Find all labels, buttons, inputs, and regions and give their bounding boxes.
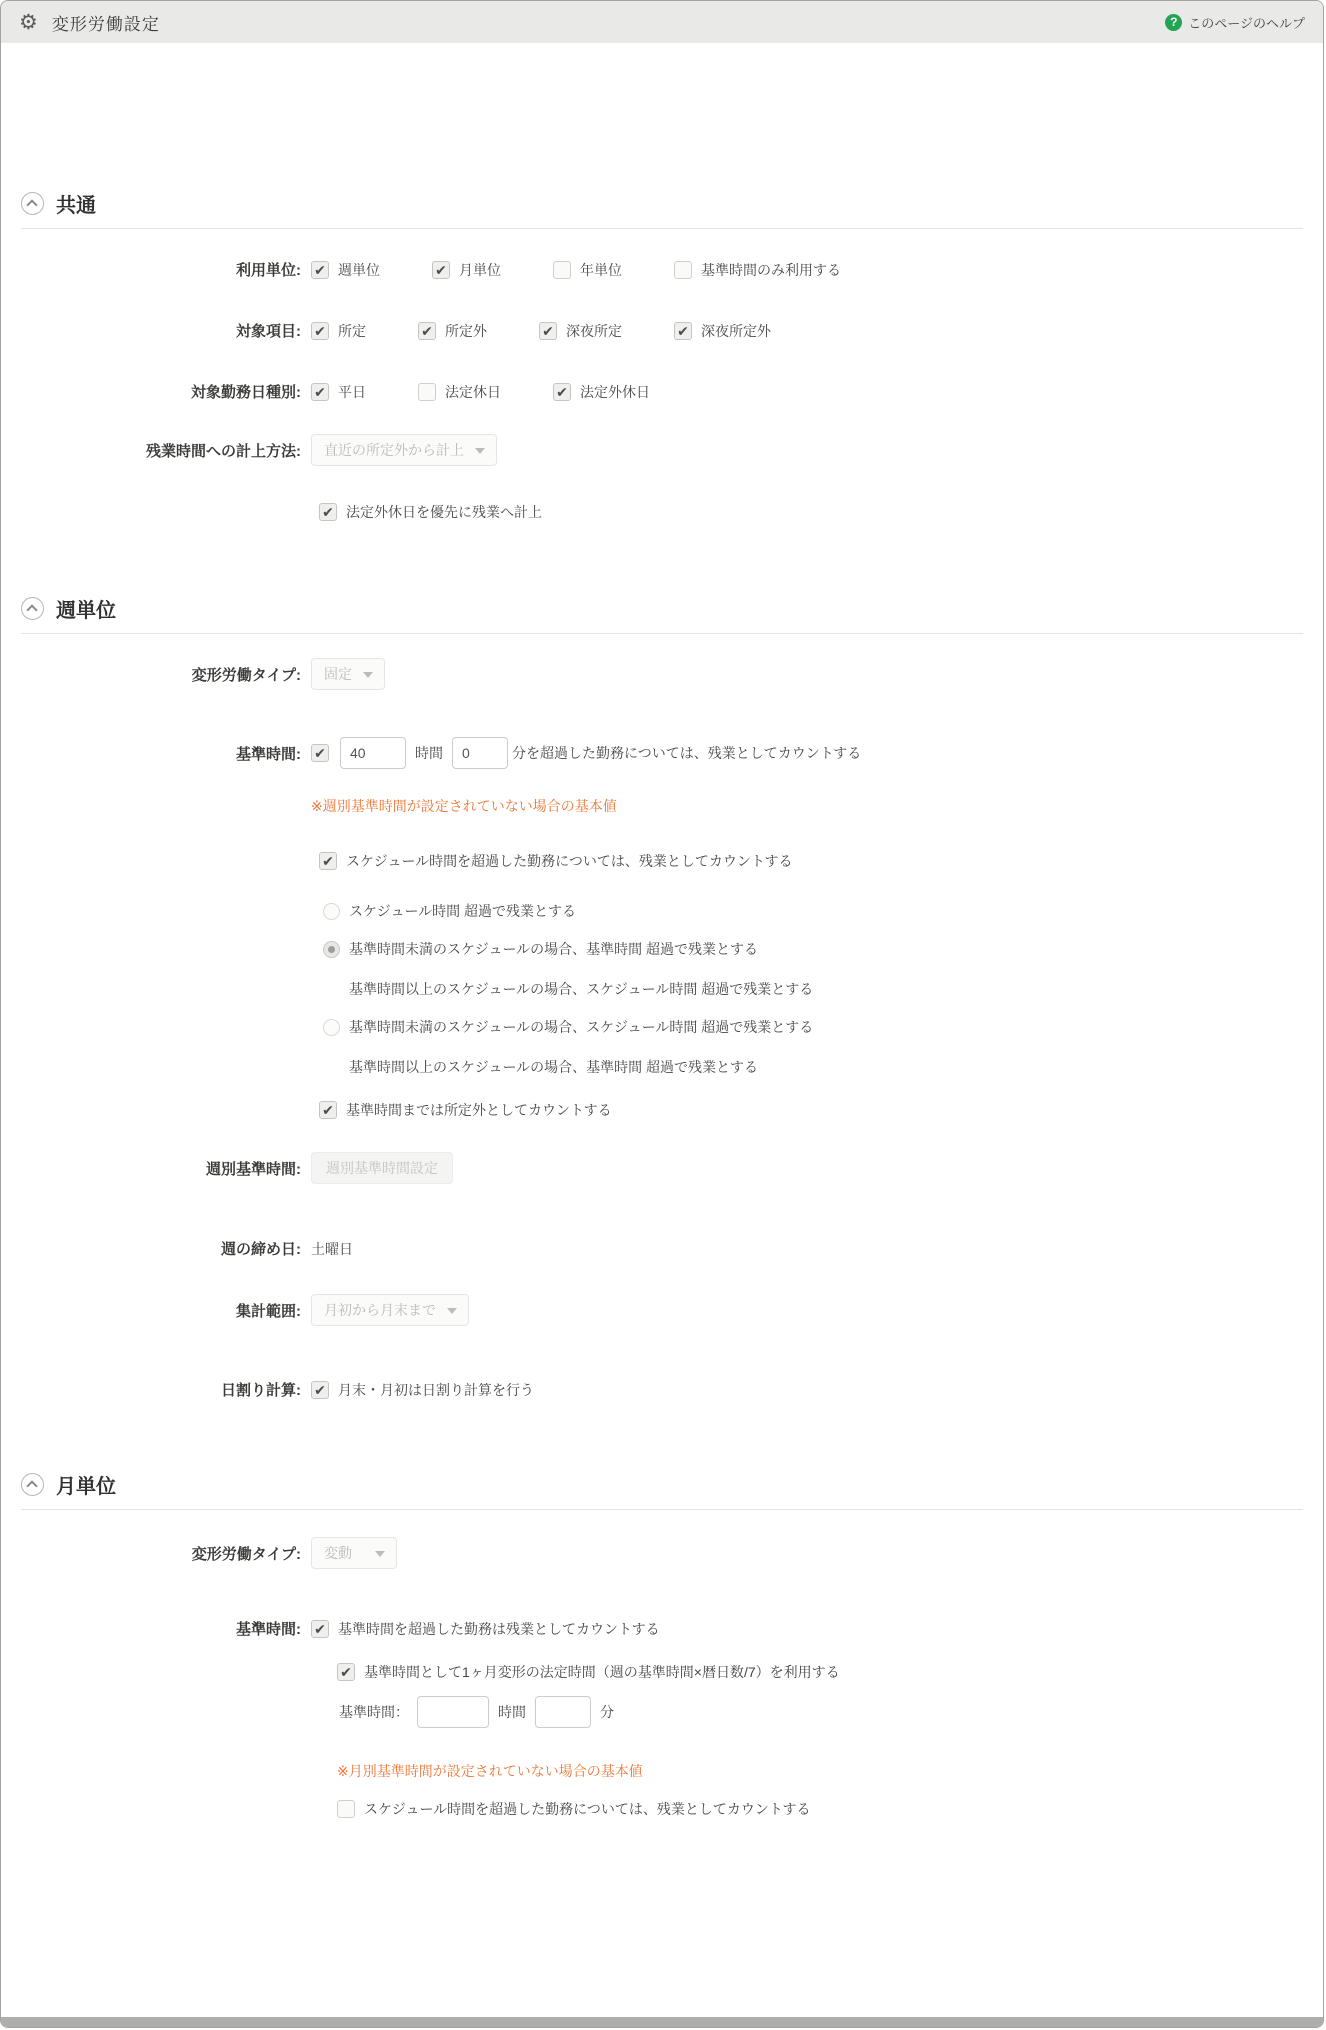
row-weekly-base-setting: 週別基準時間: 週別基準時間設定 — [1, 1152, 1323, 1184]
section-header-common: 共通 — [21, 189, 1303, 229]
monthly-type-select[interactable]: 変動 — [311, 1537, 397, 1569]
minutes-suffix-text: 分を超過した勤務については、残業としてカウントする — [512, 743, 861, 763]
checkbox-label: 法定外休日を優先に残業へ計上 — [346, 502, 542, 522]
checkbox-week-unit[interactable] — [311, 261, 329, 279]
checkbox-weekday[interactable] — [311, 383, 329, 401]
weekly-base-hours-input[interactable] — [340, 737, 406, 769]
checkbox-option[interactable]: 基準時間を超過した勤務は残業としてカウントする — [311, 1619, 660, 1639]
row-monthly-legal-time: 基準時間として1ヶ月変形の法定時間（週の基準時間×暦日数/7）を利用する — [1, 1662, 1323, 1682]
radio-sub-text: 基準時間以上のスケジュールの場合、スケジュール時間 超過で残業とする — [349, 979, 813, 999]
checkbox-label: 法定休日 — [445, 382, 501, 402]
checkbox-label: 基準時間のみ利用する — [701, 260, 841, 280]
radio-option[interactable]: スケジュール時間 超過で残業とする — [323, 901, 576, 921]
row-holiday-priority: 法定外休日を優先に残業へ計上 — [1, 502, 1323, 522]
row-weekly-schedule-over: スケジュール時間を超過した勤務については、残業としてカウントする — [1, 851, 1323, 871]
aggregation-range-select[interactable]: 月初から月末まで — [311, 1294, 469, 1326]
monthly-base-sub-label: 基準時間： — [339, 1702, 409, 1722]
checkbox-option[interactable]: スケジュール時間を超過した勤務については、残業としてカウントする — [319, 851, 792, 871]
row-monthly-base-inputs: 基準時間： 時間 分 — [1, 1696, 1323, 1728]
checkbox-legal-holiday[interactable] — [418, 383, 436, 401]
row-overtime-method: 残業時間への計上方法: 直近の所定外から計上 — [1, 434, 1323, 466]
weekly-base-setting-label: 週別基準時間: — [1, 1158, 301, 1179]
checkbox-option[interactable]: 基準時間として1ヶ月変形の法定時間（週の基準時間×暦日数/7）を利用する — [337, 1662, 840, 1682]
monthly-base-note: ※月別基準時間が設定されていない場合の基本値 — [337, 1761, 643, 1781]
section-header-monthly: 月単位 — [21, 1470, 1303, 1510]
checkbox-option[interactable]: 深夜所定外 — [674, 321, 771, 341]
checkbox-option[interactable]: 月単位 — [432, 260, 501, 280]
checkbox-option[interactable]: 所定 — [311, 321, 366, 341]
checkbox-label: 所定外 — [445, 321, 487, 341]
page-help-link[interactable]: ? このページのヘルプ — [1165, 13, 1305, 32]
row-monthly-note: ※月別基準時間が設定されていない場合の基本値 — [1, 1761, 1323, 1781]
horizontal-scrollbar[interactable] — [1, 2017, 1323, 2027]
hours-unit-text: 時間 — [498, 1702, 526, 1722]
checkbox-label: 平日 — [338, 382, 366, 402]
row-workday-type: 対象勤務日種別: 平日 法定休日 法定外休日 — [1, 381, 1323, 402]
weekly-base-note: ※週別基準時間が設定されていない場合の基本値 — [311, 796, 617, 816]
checkbox-option[interactable]: 法定外休日を優先に残業へ計上 — [319, 502, 542, 522]
checkbox-holiday-priority[interactable] — [319, 503, 337, 521]
monthly-base-hours-input[interactable] — [417, 1696, 489, 1728]
checkbox-scheduled[interactable] — [311, 322, 329, 340]
aggregation-range-label: 集計範囲: — [1, 1300, 301, 1321]
weekly-type-label: 変形労働タイプ: — [1, 664, 301, 685]
collapse-chevron-icon[interactable] — [21, 192, 44, 215]
checkbox-option[interactable]: 年単位 — [553, 260, 622, 280]
row-weekly-note: ※週別基準時間が設定されていない場合の基本値 — [1, 796, 1323, 816]
checkbox-option[interactable]: 法定休日 — [418, 382, 501, 402]
week-closing-label: 週の締め日: — [1, 1238, 301, 1259]
checkbox-night-non-scheduled[interactable] — [674, 322, 692, 340]
checkbox-option[interactable]: 深夜所定 — [539, 321, 622, 341]
week-closing-value: 土曜日 — [311, 1239, 353, 1259]
settings-page: ⚙ 変形労働設定 ? このページのヘルプ 共通 利用単位: 週単位 月単位 年単… — [0, 0, 1324, 2028]
row-usage-unit: 利用単位: 週単位 月単位 年単位 基準時間のみ利用する — [1, 259, 1323, 280]
checkbox-weekly-base-time[interactable] — [311, 744, 329, 762]
radio-option[interactable]: 基準時間未満のスケジュールの場合、スケジュール時間 超過で残業とする — [323, 1017, 813, 1037]
checkbox-option[interactable]: 基準時間までは所定外としてカウントする — [319, 1100, 612, 1120]
checkbox-label: 基準時間までは所定外としてカウントする — [346, 1100, 612, 1120]
section-title-common: 共通 — [56, 189, 96, 218]
row-radio-1: スケジュール時間 超過で残業とする — [1, 901, 1323, 921]
monthly-type-label: 変形労働タイプ: — [1, 1543, 301, 1564]
checkbox-label: 基準時間として1ヶ月変形の法定時間（週の基準時間×暦日数/7）を利用する — [364, 1662, 840, 1682]
weekly-base-setting-button[interactable]: 週別基準時間設定 — [311, 1152, 453, 1184]
section-title-monthly: 月単位 — [56, 1470, 116, 1499]
checkbox-label: 週単位 — [338, 260, 380, 280]
section-header-weekly: 週単位 — [21, 594, 1303, 634]
checkbox-monthly-schedule-over[interactable] — [337, 1800, 355, 1818]
radio-option[interactable]: 基準時間未満のスケジュールの場合、基準時間 超過で残業とする — [323, 939, 758, 959]
radio-sub-text: 基準時間以上のスケジュールの場合、基準時間 超過で残業とする — [349, 1057, 758, 1077]
row-radio-3-sub: 基準時間以上のスケジュールの場合、基準時間 超過で残業とする — [1, 1057, 1323, 1077]
overtime-method-select[interactable]: 直近の所定外から計上 — [311, 434, 497, 466]
row-monthly-schedule-over: スケジュール時間を超過した勤務については、残業としてカウントする — [1, 1799, 1323, 1819]
help-label: このページのヘルプ — [1188, 13, 1305, 32]
checkbox-option[interactable]: 週単位 — [311, 260, 380, 280]
radio-schedule-over-2[interactable] — [323, 1019, 340, 1036]
checkbox-label: 深夜所定外 — [701, 321, 771, 341]
checkbox-option[interactable]: 基準時間のみ利用する — [674, 260, 841, 280]
workday-type-label: 対象勤務日種別: — [1, 381, 301, 402]
row-aggregation-range: 集計範囲: 月初から月末まで — [1, 1294, 1323, 1326]
row-count-as-out: 基準時間までは所定外としてカウントする — [1, 1100, 1323, 1120]
radio-label: スケジュール時間 超過で残業とする — [349, 901, 576, 921]
weekly-base-time-label: 基準時間: — [1, 743, 301, 764]
radio-label: 基準時間未満のスケジュールの場合、スケジュール時間 超過で残業とする — [349, 1017, 813, 1037]
row-radio-3: 基準時間未満のスケジュールの場合、スケジュール時間 超過で残業とする — [1, 1017, 1323, 1037]
collapse-chevron-icon[interactable] — [21, 1473, 44, 1496]
row-weekly-type: 変形労働タイプ: 固定 — [1, 658, 1323, 690]
checkbox-label: 月末・月初は日割り計算を行う — [338, 1380, 534, 1400]
checkbox-option[interactable]: 法定外休日 — [553, 382, 650, 402]
gear-icon: ⚙ — [19, 12, 38, 33]
weekly-base-minutes-input[interactable] — [452, 737, 508, 769]
checkbox-month-unit[interactable] — [432, 261, 450, 279]
radio-schedule-over[interactable] — [323, 903, 340, 920]
minutes-unit-text: 分 — [600, 1702, 614, 1722]
monthly-base-label: 基準時間: — [1, 1618, 301, 1639]
checkbox-prorate[interactable] — [311, 1381, 329, 1399]
checkbox-label: 年単位 — [580, 260, 622, 280]
checkbox-option[interactable]: 所定外 — [418, 321, 487, 341]
checkbox-label: スケジュール時間を超過した勤務については、残業としてカウントする — [364, 1799, 810, 1819]
checkbox-count-as-out[interactable] — [319, 1101, 337, 1119]
checkbox-night-scheduled[interactable] — [539, 322, 557, 340]
radio-label: 基準時間未満のスケジュールの場合、基準時間 超過で残業とする — [349, 939, 758, 959]
checkbox-label: 深夜所定 — [566, 321, 622, 341]
checkbox-label: 基準時間を超過した勤務は残業としてカウントする — [338, 1619, 660, 1639]
checkbox-monthly-base-over[interactable] — [311, 1620, 329, 1638]
prorate-label: 日割り計算: — [1, 1379, 301, 1400]
collapse-chevron-icon[interactable] — [21, 597, 44, 620]
row-radio-2-sub: 基準時間以上のスケジュールの場合、スケジュール時間 超過で残業とする — [1, 979, 1323, 999]
checkbox-monthly-legal-time[interactable] — [337, 1663, 355, 1681]
app-bar: ⚙ 変形労働設定 ? このページのヘルプ — [1, 1, 1323, 43]
usage-unit-label: 利用単位: — [1, 259, 301, 280]
target-items-label: 対象項目: — [1, 320, 301, 341]
checkbox-non-scheduled[interactable] — [418, 322, 436, 340]
weekly-type-select[interactable]: 固定 — [311, 658, 385, 690]
checkbox-label: 所定 — [338, 321, 366, 341]
row-weekly-base-time: 基準時間: 時間 分を超過した勤務については、残業としてカウントする — [1, 737, 1323, 769]
row-radio-2: 基準時間未満のスケジュールの場合、基準時間 超過で残業とする — [1, 939, 1323, 959]
checkbox-label: 法定外休日 — [580, 382, 650, 402]
checkbox-option[interactable]: 月末・月初は日割り計算を行う — [311, 1380, 534, 1400]
section-title-weekly: 週単位 — [56, 594, 116, 623]
checkbox-label: スケジュール時間を超過した勤務については、残業としてカウントする — [346, 851, 792, 871]
row-prorate: 日割り計算: 月末・月初は日割り計算を行う — [1, 1379, 1323, 1400]
page-title: 変形労働設定 — [52, 10, 160, 35]
checkbox-option[interactable]: 平日 — [311, 382, 366, 402]
checkbox-year-unit[interactable] — [553, 261, 571, 279]
row-target-items: 対象項目: 所定 所定外 深夜所定 深夜所定外 — [1, 320, 1323, 341]
checkbox-option[interactable]: スケジュール時間を超過した勤務については、残業としてカウントする — [337, 1799, 810, 1819]
checkbox-non-legal-holiday[interactable] — [553, 383, 571, 401]
hours-unit-text: 時間 — [415, 743, 443, 763]
checkbox-weekly-schedule-over[interactable] — [319, 852, 337, 870]
monthly-base-minutes-input[interactable] — [535, 1696, 591, 1728]
row-monthly-base: 基準時間: 基準時間を超過した勤務は残業としてカウントする — [1, 1618, 1323, 1639]
checkbox-label: 月単位 — [459, 260, 501, 280]
row-monthly-type: 変形労働タイプ: 変動 — [1, 1537, 1323, 1569]
radio-base-over[interactable] — [323, 941, 340, 958]
row-week-closing: 週の締め日: 土曜日 — [1, 1238, 1323, 1259]
checkbox-base-time-only[interactable] — [674, 261, 692, 279]
question-circle-icon: ? — [1165, 14, 1182, 31]
overtime-method-label: 残業時間への計上方法: — [1, 440, 301, 461]
